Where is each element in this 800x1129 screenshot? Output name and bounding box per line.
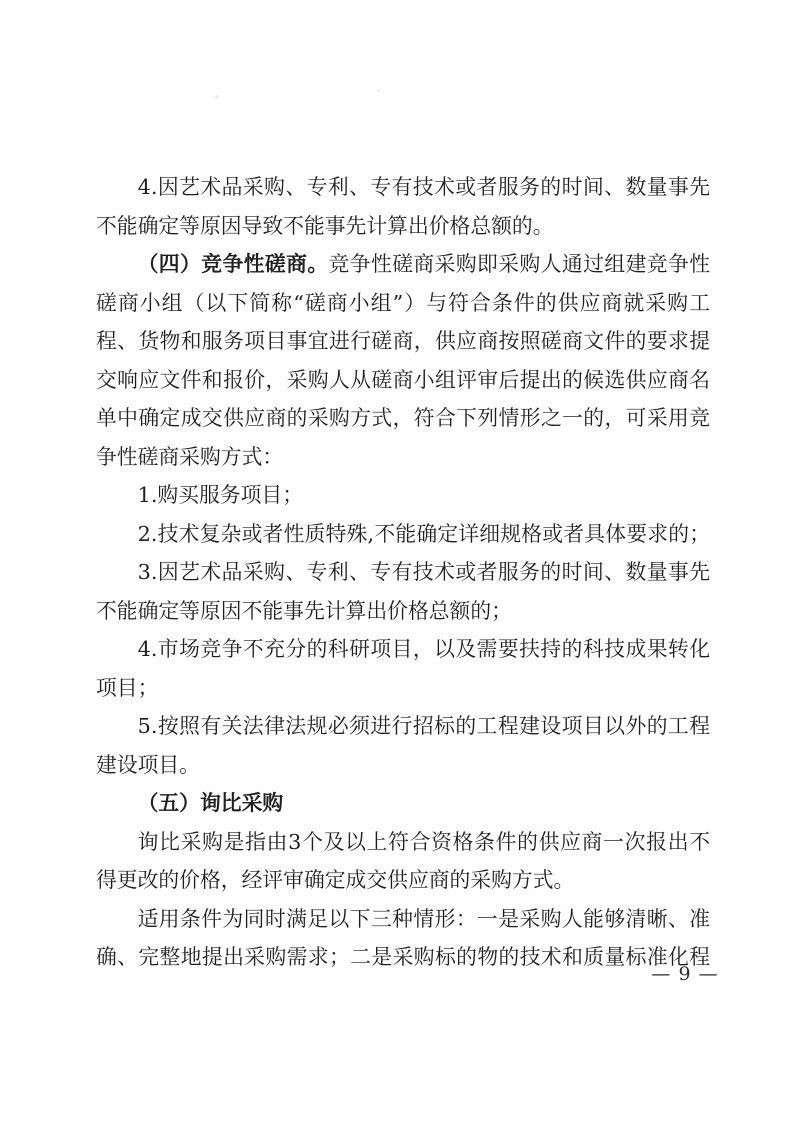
- text-line: 单中确定成交供应商的采购方式，符合下列情形之一的，可采用竞: [96, 399, 710, 438]
- text-line: 1.购买服务项目；: [96, 476, 710, 515]
- line-text: 竞争性磋商采购即采购人通过组建竞争性: [329, 252, 710, 276]
- page-number: — 9 —: [645, 961, 725, 987]
- line-text: （五）询比采购: [138, 790, 284, 815]
- line-text: 1.购买服务项目；: [138, 483, 303, 507]
- document-page: 4.因艺术品采购、专利、专有技术或者服务的时间、数量事先不能确定等原因导致不能事…: [0, 0, 800, 1129]
- page-number-label: — 9 —: [651, 963, 718, 985]
- line-text: 确、完整地提出采购需求；二是采购标的物的技术和质量标准化程: [96, 945, 710, 969]
- text-line: 交响应文件和报价，采购人从磋商小组评审后提出的候选供应商名: [96, 361, 710, 400]
- line-text: 不能确定等原因导致不能事先计算出价格总额的。: [96, 214, 554, 238]
- text-line: 不能确定等原因导致不能事先计算出价格总额的。: [96, 207, 710, 246]
- text-line: 2.技术复杂或者性质特殊,不能确定详细规格或者具体要求的；: [96, 515, 710, 554]
- line-text: 争性磋商采购方式：: [96, 445, 283, 469]
- line-text: 2.技术复杂或者性质特殊,不能确定详细规格或者具体要求的；: [138, 522, 710, 546]
- text-line: 磋商小组（以下简称“磋商小组”）与符合条件的供应商就采购工: [96, 284, 710, 323]
- line-text: 磋商小组（以下简称“磋商小组”）与符合条件的供应商就采购工: [96, 291, 710, 315]
- text-line: 5.按照有关法律法规必须进行招标的工程建设项目以外的工程: [96, 707, 710, 746]
- paragraph-lead: （四）竞争性磋商。: [138, 251, 329, 276]
- text-line: 程、货物和服务项目事宜进行磋商，供应商按照磋商文件的要求提: [96, 322, 710, 361]
- scan-artifact: [377, 89, 380, 92]
- line-text: 程、货物和服务项目事宜进行磋商，供应商按照磋商文件的要求提: [96, 329, 710, 353]
- line-text: 5.按照有关法律法规必须进行招标的工程建设项目以外的工程: [138, 714, 710, 738]
- line-text: 单中确定成交供应商的采购方式，符合下列情形之一的，可采用竞: [96, 406, 710, 430]
- line-text: 建设项目。: [96, 753, 200, 777]
- text-line: 不能确定等原因不能事先计算出价格总额的；: [96, 592, 710, 631]
- text-line: （四）竞争性磋商。竞争性磋商采购即采购人通过组建竞争性: [96, 245, 710, 284]
- text-line: 项目；: [96, 669, 710, 708]
- scan-artifact: [215, 95, 219, 99]
- text-line: 4.因艺术品采购、专利、专有技术或者服务的时间、数量事先: [96, 168, 710, 207]
- text-line: 询比采购是指由3个及以上符合资格条件的供应商一次报出不: [96, 823, 710, 862]
- text-line: 得更改的价格，经评审确定成交供应商的采购方式。: [96, 861, 710, 900]
- text-line: 3.因艺术品采购、专利、专有技术或者服务的时间、数量事先: [96, 553, 710, 592]
- line-text: 3.因艺术品采购、专利、专有技术或者服务的时间、数量事先: [138, 560, 710, 584]
- line-text: 适用条件为同时满足以下三种情形：一是采购人能够清晰、准: [138, 907, 710, 931]
- text-line: （五）询比采购: [96, 784, 710, 823]
- line-text: 不能确定等原因不能事先计算出价格总额的；: [96, 599, 512, 623]
- line-text: 询比采购是指由3个及以上符合资格条件的供应商一次报出不: [138, 830, 710, 854]
- line-text: 交响应文件和报价，采购人从磋商小组评审后提出的候选供应商名: [96, 368, 710, 392]
- line-text: 项目；: [96, 676, 158, 700]
- text-line: 适用条件为同时满足以下三种情形：一是采购人能够清晰、准: [96, 900, 710, 939]
- text-line: 建设项目。: [96, 746, 710, 785]
- document-body: 4.因艺术品采购、专利、专有技术或者服务的时间、数量事先不能确定等原因导致不能事…: [96, 168, 710, 977]
- text-line: 争性磋商采购方式：: [96, 438, 710, 477]
- line-text: 4.市场竞争不充分的科研项目，以及需要扶持的科技成果转化: [138, 637, 710, 661]
- text-line: 4.市场竞争不充分的科研项目，以及需要扶持的科技成果转化: [96, 630, 710, 669]
- line-text: 得更改的价格，经评审确定成交供应商的采购方式。: [96, 868, 574, 892]
- line-text: 4.因艺术品采购、专利、专有技术或者服务的时间、数量事先: [138, 175, 710, 199]
- text-line: 确、完整地提出采购需求；二是采购标的物的技术和质量标准化程: [96, 938, 710, 977]
